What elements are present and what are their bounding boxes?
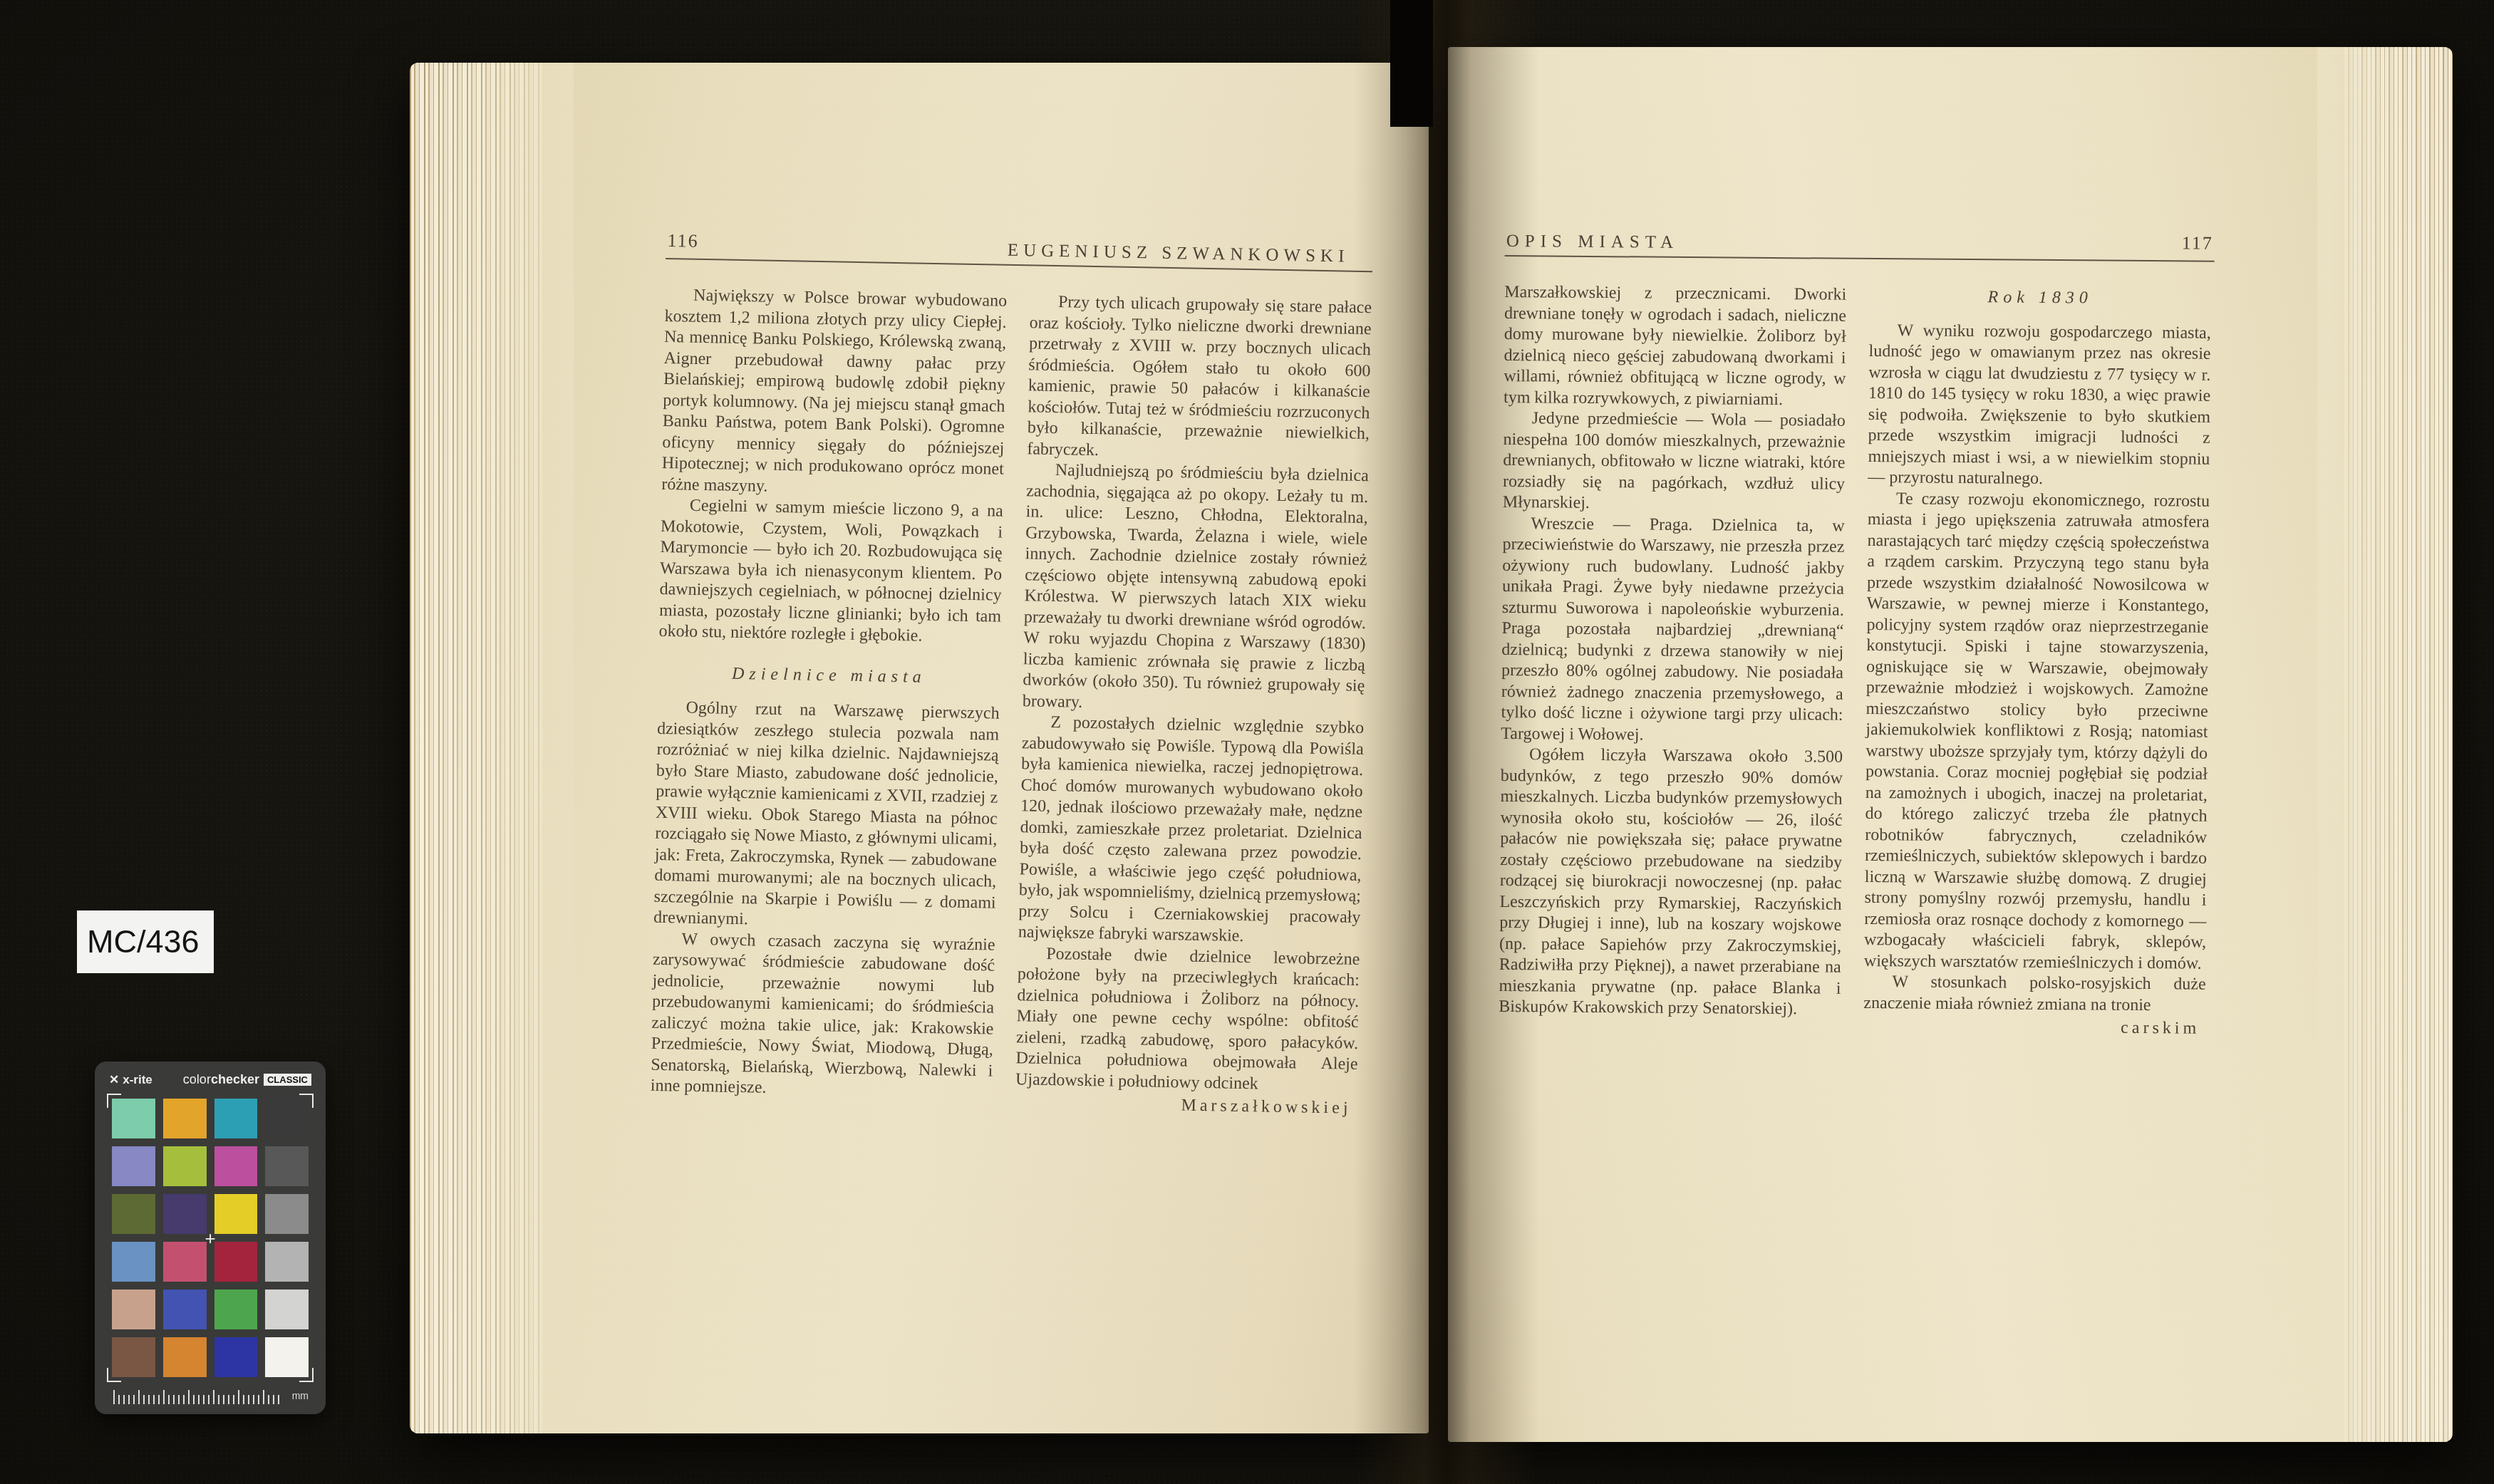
body-paragraph: Przy tych ulicach grupowały się stare pa… xyxy=(1027,291,1372,466)
patch-grid-area: + xyxy=(112,1099,309,1377)
shelfmark-label: MC/436 xyxy=(77,910,214,973)
body-paragraph: Cegielni w samym mieście liczono 9, a na… xyxy=(658,495,1003,648)
colorchecker-title-light: color xyxy=(183,1072,211,1086)
text-column-3: Marszałkowskiej z przecznicami. Dworki d… xyxy=(1499,282,1846,1037)
xrite-logo-icon: ✕ xyxy=(109,1073,119,1087)
page-number: 117 xyxy=(2182,232,2213,254)
crop-mark-icon xyxy=(299,1368,314,1382)
column-text: Przy tych ulicach grupowały się stare pa… xyxy=(1015,291,1372,1096)
section-heading: Rok 1830 xyxy=(1869,286,2211,310)
color-patch-orange xyxy=(163,1337,207,1377)
left-page-content: 116 EUGENIUSZ SZWANKOWSKI Największy w P… xyxy=(650,225,1373,1119)
right-page-columns: Marszałkowskiej z przecznicami. Dworki d… xyxy=(1499,282,2214,1039)
text-column-1: Największy w Polsce browar wybudowano ko… xyxy=(650,285,1007,1113)
body-paragraph: Ogólny rzut na Warszawę pierwszych dzies… xyxy=(653,697,1000,935)
color-patch-moderate-red xyxy=(163,1242,207,1282)
color-patch-neutral-3-5 xyxy=(265,1146,309,1186)
color-patch-green xyxy=(214,1290,258,1329)
color-patch-orange-yellow xyxy=(163,1099,207,1138)
color-patch-magenta xyxy=(214,1146,258,1186)
color-patch-light-skin xyxy=(112,1290,155,1329)
color-patch-blue xyxy=(214,1337,258,1377)
color-patch-blue-sky xyxy=(112,1242,155,1282)
crop-mark-icon xyxy=(299,1094,314,1108)
right-page-content: OPIS MIASTA 117 Marszałkowskiej z przecz… xyxy=(1499,222,2215,1039)
xrite-brand: ✕ x-rite xyxy=(109,1073,152,1087)
xrite-brand-text: x-rite xyxy=(123,1073,152,1087)
text-column-4: Rok 1830W wyniku rozwoju gospodarczego m… xyxy=(1863,285,2211,1039)
color-patch-foliage xyxy=(112,1194,155,1234)
section-heading: Dzielnice miasta xyxy=(658,662,1000,689)
body-paragraph: Marszałkowskiej z przecznicami. Dworki d… xyxy=(1504,282,1846,411)
text-column-2: Przy tych ulicach grupowały się stare pa… xyxy=(1015,291,1372,1119)
book-scan-photo: 116 EUGENIUSZ SZWANKOWSKI Największy w P… xyxy=(0,0,2494,1484)
body-paragraph: W wyniku rozwoju gospodarczego miasta, l… xyxy=(1868,321,2211,492)
body-paragraph: Ogółem liczyła Warszawa około 3.500 budy… xyxy=(1499,744,1843,1020)
color-patch-neutral-8 xyxy=(265,1290,309,1329)
body-paragraph: Jedyne przedmieście — Wola — posiadało n… xyxy=(1503,408,1846,516)
color-patch-purplish-blue xyxy=(163,1290,207,1329)
body-paragraph: W owych czasach zaczyna się wyraźnie zar… xyxy=(651,928,995,1103)
color-patch-red xyxy=(214,1242,258,1282)
color-patch-purple xyxy=(163,1194,207,1234)
color-patch-neutral-6-5 xyxy=(265,1242,309,1282)
color-patch-yellow xyxy=(214,1194,258,1234)
ruler-scale: mm xyxy=(112,1389,309,1406)
color-patch-yellow-green xyxy=(163,1146,207,1186)
crop-mark-icon xyxy=(107,1094,121,1108)
body-paragraph: Pozostałe dwie dzielnice lewobrzeżne poł… xyxy=(1015,943,1360,1096)
page-number: 116 xyxy=(667,230,699,252)
colorchecker-title-bold: checker xyxy=(211,1072,259,1086)
left-page-columns: Największy w Polsce browar wybudowano ko… xyxy=(650,285,1372,1119)
color-patch-cyan xyxy=(214,1099,258,1138)
catchword: carskim xyxy=(1863,1016,2205,1039)
color-checker-card: ✕ x-rite colorcheckerCLASSIC + mm xyxy=(95,1062,326,1414)
classic-badge: CLASSIC xyxy=(264,1074,311,1086)
running-head-author: EUGENIUSZ SZWANKOWSKI xyxy=(1008,241,1350,267)
colorchecker-title: colorcheckerCLASSIC xyxy=(183,1072,311,1087)
center-cross-icon: + xyxy=(205,1229,215,1247)
color-checker-header: ✕ x-rite colorcheckerCLASSIC xyxy=(95,1062,326,1091)
crop-mark-icon xyxy=(107,1368,121,1382)
spine-gap xyxy=(1390,0,1433,127)
right-page-header: OPIS MIASTA 117 xyxy=(1505,222,2215,262)
running-head-chapter: OPIS MIASTA xyxy=(1506,232,1679,253)
body-paragraph: Wreszcie — Praga. Dzielnica ta, w przeci… xyxy=(1501,513,1845,747)
body-paragraph: Te czasy rozwoju ekonomicznego, rozrostu… xyxy=(1864,489,2210,975)
color-patch-blue-flower xyxy=(112,1146,155,1186)
color-patch-neutral-5 xyxy=(265,1194,309,1234)
column-text: Rok 1830W wyniku rozwoju gospodarczego m… xyxy=(1863,286,2211,1017)
body-paragraph: Największy w Polsce browar wybudowano ko… xyxy=(661,285,1007,502)
body-paragraph: Najludniejszą po śródmieściu była dzieln… xyxy=(1023,460,1369,718)
body-paragraph: Z pozostałych dzielnic względnie szybko … xyxy=(1018,712,1365,949)
body-paragraph: W stosunkach polsko-rosyjskich duże znac… xyxy=(1863,972,2205,1017)
ruler-unit-label: mm xyxy=(292,1390,309,1401)
